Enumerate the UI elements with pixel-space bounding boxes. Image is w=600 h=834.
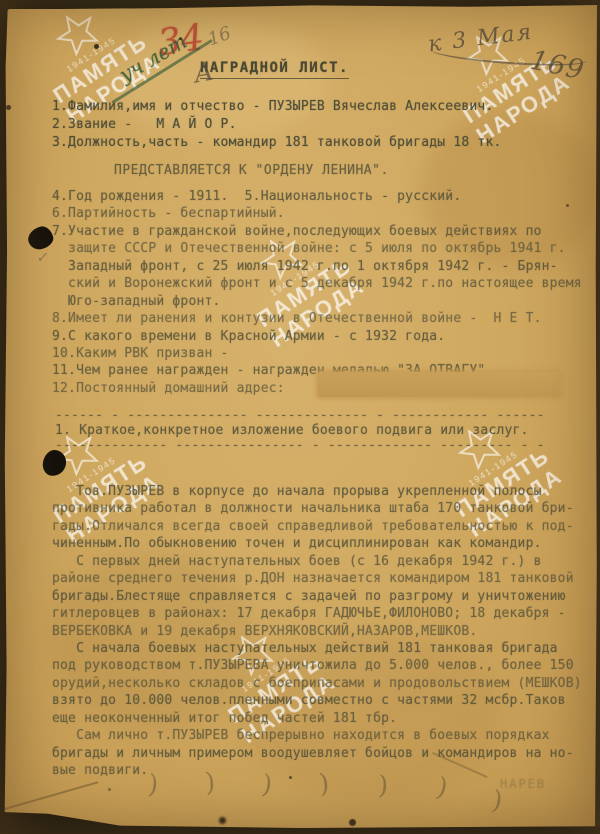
typed-line: еще неоконченный итог побед частей 181 т…: [52, 710, 582, 727]
typed-line: бригады.Блестяще справляется с задачей п…: [52, 588, 582, 605]
citation-body: Тов.ПУЗЫРЕВ в корпусе до начала прорыва …: [52, 483, 582, 779]
details-section: 4.Год рождения - 1911. 5.Национальность …: [52, 188, 582, 397]
typed-line: гады.Отличался всегда своей справедливой…: [52, 518, 582, 535]
typed-line: чиненным.По обыкновению точен и дисципли…: [52, 535, 582, 552]
typed-line: защите СССР и Отечественной войне: с 5 и…: [52, 240, 582, 257]
typed-line: Западный фронт, с 25 июля 1942 г.по 1 ок…: [52, 258, 582, 275]
typed-line: бригады и личным примером воодушевляет б…: [52, 745, 582, 762]
green-pen-stroke: [111, 39, 212, 104]
watermark-years: 1941-1945: [65, 35, 118, 74]
typed-line: 7.Участие в гражданской войне,последующи…: [52, 223, 582, 240]
typed-line: орудий,несколько складов с боеприпасами …: [52, 675, 582, 692]
dashed-rule: ------ - --------------- -------------- …: [55, 408, 545, 423]
typed-line: ский и Воронежский фронт и с 5 декабря 1…: [52, 275, 582, 292]
typed-line: взято до 10.000 челов.пленными совместно…: [52, 692, 582, 709]
fold-crease: [2, 781, 99, 810]
pencil-check-mark: ✓: [35, 250, 48, 267]
handwritten-pencil-squiggle: 16: [205, 23, 234, 51]
typed-line: под руководством т.ПУЗЫРЕВА уничтожила д…: [52, 657, 582, 674]
typed-line: 4.Год рождения - 1911. 5.Национальность …: [52, 188, 582, 205]
scan-edge-top: [0, 0, 600, 9]
typed-line: 1.Фамилия,имя и отчество - ПУЗЫРЕВ Вячес…: [52, 98, 502, 116]
dashed-rule: -------------- ---------------- - ------…: [55, 438, 545, 453]
typed-line: 6.Партийность - беспартийный.: [52, 205, 582, 222]
star-icon: [49, 5, 106, 61]
typed-line: 10.Каким РВК призван -: [52, 345, 582, 362]
typed-line: 3.Должность,часть - командир 181 танково…: [52, 134, 502, 152]
pencil-underline-stroke: [430, 41, 589, 70]
typed-line: гитлеровцев в районах: 17 декабря ГАДЮЧЬ…: [52, 605, 582, 622]
typed-line: Сам лично т.ПУЗЫРЕВ беспрерывно находитс…: [52, 727, 582, 744]
section-divider: ------ - --------------- -------------- …: [55, 408, 545, 453]
typed-line: 9.С какого времени в Красной Армии - с 1…: [52, 328, 582, 345]
document-title: НАГРАДНОЙ ЛИСТ.: [200, 60, 349, 79]
typed-line: Тов.ПУЗЫРЕВ в корпусе до начала прорыва …: [52, 483, 582, 500]
redacted-address-box: [318, 372, 560, 397]
ink-bleedthrough-text: НАРЕВ: [500, 777, 546, 791]
typed-line: Юго-западный фронт.: [52, 293, 582, 310]
typed-line: 2.Звание - М А Й О Р.: [52, 116, 502, 134]
typed-line: районе среднего течения р.ДОН назначаетс…: [52, 570, 582, 587]
scan-edge-left: [0, 0, 8, 834]
typed-line: С первых дней наступательных боев (с 16 …: [52, 553, 582, 570]
typed-line: противника работал в должности начальник…: [52, 500, 582, 517]
typed-line: 8.Имеет ли ранения и контузии в Отечеств…: [52, 310, 582, 327]
identity-section: 1.Фамилия,имя и отчество - ПУЗЫРЕВ Вячес…: [52, 98, 502, 152]
scan-edge-right: [595, 0, 600, 834]
scan-edge-bottom: [0, 808, 600, 834]
award-presented-line: ПРЕДСТАВЛЯЕТСЯ К "ОРДЕНУ ЛЕНИНА".: [114, 163, 389, 178]
section-heading: 1. Краткое,конкретное изложение боевого …: [55, 423, 545, 438]
typed-line: ВЕРБЕКОВКА и 19 декабря ВЕРХНЯКОВСКИЙ,НА…: [52, 623, 582, 640]
typed-line: С начала боевых наступательных действий …: [52, 640, 582, 657]
scanned-award-document: 1941-1945 ПАМЯТЬНАРОДА 1941-1945 ПАМЯТЬН…: [0, 0, 600, 834]
